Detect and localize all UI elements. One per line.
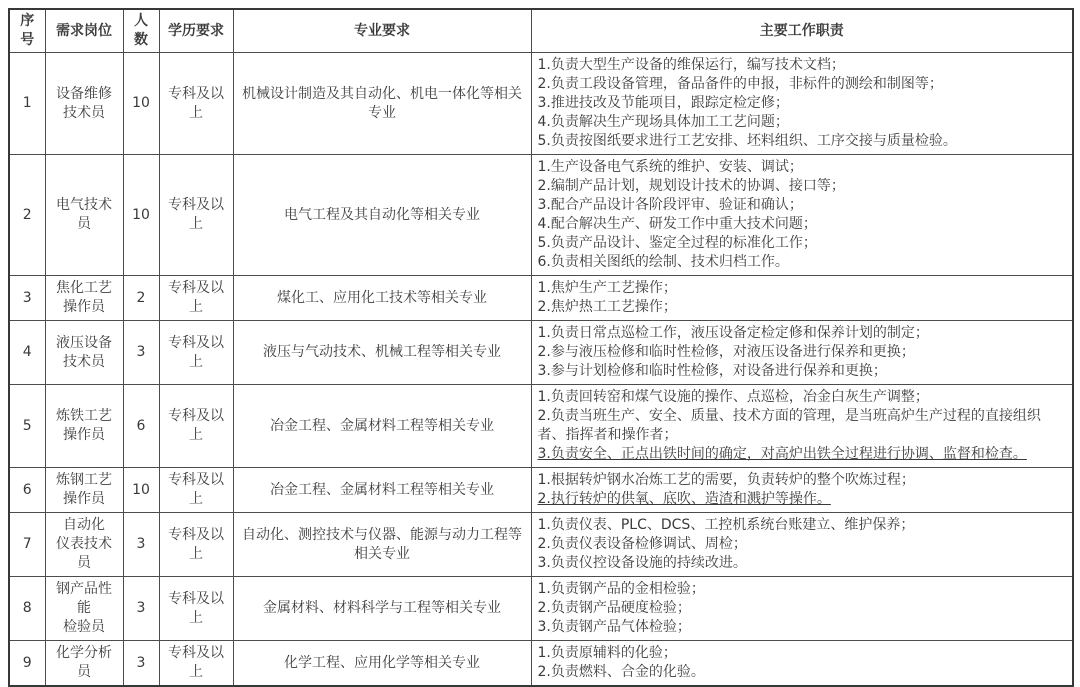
cell-education: 专科及以 上 [159,276,233,321]
column-header-position: 需求岗位 [45,9,123,53]
table-row: 8钢产品性 能 检验员3专科及以 上金属材料、材料科学与工程等相关专业1.负责钢… [9,577,1073,641]
cell-major: 液压与气动技术、机械工程等相关专业 [233,321,531,385]
cell-major: 自动化、测控技术与仪器、能源与动力工程等相关专业 [233,513,531,577]
table-row: 5炼铁工艺 操作员6专科及以 上冶金工程、金属材料工程等相关专业1.负责回转窑和… [9,385,1073,468]
duty-line: 2.焦炉热工工艺操作； [538,298,1069,317]
cell-major: 冶金工程、金属材料工程等相关专业 [233,468,531,513]
duty-line: 3.负责钢产品气体检验； [538,618,1069,637]
table-row: 1设备维修 技术员10专科及以 上机械设计制造及其自动化、机电一体化等相关专业1… [9,53,1073,155]
column-header-headcount: 人 数 [123,9,159,53]
cell-education: 专科及以 上 [159,468,233,513]
duty-line: 1.负责仪表、PLC、DCS、工控机系统台账建立、维护保养； [538,516,1069,535]
table-row: 3焦化工艺 操作员2专科及以 上煤化工、应用化工技术等相关专业1.焦炉生产工艺操… [9,276,1073,321]
duty-line: 5.负责按图纸要求进行工艺安排、坯料组织、工序交接与质量检验。 [538,132,1069,151]
cell-index: 3 [9,276,45,321]
cell-index: 6 [9,468,45,513]
cell-education: 专科及以 上 [159,385,233,468]
cell-duties: 1.负责仪表、PLC、DCS、工控机系统台账建立、维护保养；2.负责仪表设备检修… [531,513,1073,577]
cell-position: 钢产品性 能 检验员 [45,577,123,641]
cell-headcount: 10 [123,155,159,276]
cell-education: 专科及以 上 [159,577,233,641]
cell-education: 专科及以 上 [159,321,233,385]
duty-line: 2.负责燃料、合金的化验。 [538,663,1069,682]
duty-line: 6.负责相关图纸的绘制、技术归档工作。 [538,253,1069,272]
cell-headcount: 2 [123,276,159,321]
cell-duties: 1.负责回转窑和煤气设施的操作、点巡检，冶金白灰生产调整；2.负责当班生产、安全… [531,385,1073,468]
cell-major: 电气工程及其自动化等相关专业 [233,155,531,276]
cell-index: 1 [9,53,45,155]
cell-education: 专科及以 上 [159,155,233,276]
duty-line: 2.负责钢产品硬度检验； [538,599,1069,618]
duty-line: 4.负责解决生产现场具体加工工艺问题； [538,113,1069,132]
job-recruitment-table: 序 号需求岗位人 数学历要求专业要求主要工作职责 1设备维修 技术员10专科及以… [8,8,1074,687]
cell-index: 9 [9,641,45,687]
column-header-duties: 主要工作职责 [531,9,1073,53]
cell-index: 7 [9,513,45,577]
column-header-index: 序 号 [9,9,45,53]
cell-duties: 1.生产设备电气系统的维护、安装、调试；2.编制产品计划，规划设计技术的协调、接… [531,155,1073,276]
cell-education: 专科及以 上 [159,641,233,687]
duty-line: 2.负责仪表设备检修调试、周检； [538,535,1069,554]
duty-line: 5.负责产品设计、鉴定全过程的标准化工作； [538,234,1069,253]
cell-headcount: 6 [123,385,159,468]
table-row: 9化学分析 员3专科及以 上化学工程、应用化学等相关专业1.负责原辅料的化验；2… [9,641,1073,687]
duty-line: 2.负责当班生产、安全、质量、技术方面的管理，是当班高炉生产过程的直接组织者、指… [538,407,1069,445]
cell-major: 机械设计制造及其自动化、机电一体化等相关专业 [233,53,531,155]
duty-line: 2.编制产品计划，规划设计技术的协调、接口等； [538,177,1069,196]
duty-line: 3.负责安全、正点出铁时间的确定，对高炉出铁全过程进行协调、监督和检查。 [538,445,1069,464]
duty-line: 1.根据转炉钢水冶炼工艺的需要，负责转炉的整个吹炼过程； [538,471,1069,490]
header-row: 序 号需求岗位人 数学历要求专业要求主要工作职责 [9,9,1073,53]
duty-line: 1.负责日常点巡检工作，液压设备定检定修和保养计划的制定； [538,324,1069,343]
column-header-major: 专业要求 [233,9,531,53]
cell-position: 液压设备 技术员 [45,321,123,385]
duty-line: 1.焦炉生产工艺操作； [538,279,1069,298]
cell-index: 5 [9,385,45,468]
table-row: 7自动化 仪表技术 员3专科及以 上自动化、测控技术与仪器、能源与动力工程等相关… [9,513,1073,577]
cell-major: 化学工程、应用化学等相关专业 [233,641,531,687]
cell-position: 化学分析 员 [45,641,123,687]
cell-major: 冶金工程、金属材料工程等相关专业 [233,385,531,468]
duty-line: 3.推进技改及节能项目，跟踪定检定修； [538,94,1069,113]
cell-index: 8 [9,577,45,641]
cell-education: 专科及以 上 [159,513,233,577]
duty-line: 1.生产设备电气系统的维护、安装、调试； [538,158,1069,177]
cell-headcount: 3 [123,513,159,577]
cell-position: 焦化工艺 操作员 [45,276,123,321]
cell-position: 电气技术 员 [45,155,123,276]
cell-major: 金属材料、材料科学与工程等相关专业 [233,577,531,641]
duty-line: 1.负责回转窑和煤气设施的操作、点巡检，冶金白灰生产调整； [538,388,1069,407]
duty-line: 3.配合产品设计各阶段评审、验证和确认； [538,196,1069,215]
cell-duties: 1.负责原辅料的化验；2.负责燃料、合金的化验。 [531,641,1073,687]
cell-position: 炼钢工艺 操作员 [45,468,123,513]
cell-duties: 1.负责钢产品的金相检验；2.负责钢产品硬度检验；3.负责钢产品气体检验； [531,577,1073,641]
duty-line: 3.负责仪控设备设施的持续改进。 [538,554,1069,573]
recruitment-table-container: 序 号需求岗位人 数学历要求专业要求主要工作职责 1设备维修 技术员10专科及以… [8,8,1074,687]
cell-duties: 1.根据转炉钢水冶炼工艺的需要，负责转炉的整个吹炼过程；2.执行转炉的供氧、底吹… [531,468,1073,513]
cell-headcount: 10 [123,468,159,513]
cell-headcount: 3 [123,321,159,385]
duty-line: 1.负责大型生产设备的维保运行，编写技术文档； [538,56,1069,75]
cell-major: 煤化工、应用化工技术等相关专业 [233,276,531,321]
duty-line: 4.配合解决生产、研发工作中重大技术问题； [538,215,1069,234]
column-header-education: 学历要求 [159,9,233,53]
duty-line: 2.参与液压检修和临时性检修，对液压设备进行保养和更换； [538,343,1069,362]
cell-headcount: 3 [123,577,159,641]
table-row: 2电气技术 员10专科及以 上电气工程及其自动化等相关专业1.生产设备电气系统的… [9,155,1073,276]
cell-headcount: 10 [123,53,159,155]
duty-line: 2.执行转炉的供氧、底吹、造渣和溅护等操作。 [538,490,1069,509]
duty-line: 2.负责工段设备管理，备品备件的申报，非标件的测绘和制图等； [538,75,1069,94]
cell-duties: 1.焦炉生产工艺操作；2.焦炉热工工艺操作； [531,276,1073,321]
cell-position: 设备维修 技术员 [45,53,123,155]
cell-duties: 1.负责大型生产设备的维保运行，编写技术文档；2.负责工段设备管理，备品备件的申… [531,53,1073,155]
duty-line: 1.负责原辅料的化验； [538,644,1069,663]
table-row: 6炼钢工艺 操作员10专科及以 上冶金工程、金属材料工程等相关专业1.根据转炉钢… [9,468,1073,513]
cell-duties: 1.负责日常点巡检工作，液压设备定检定修和保养计划的制定；2.参与液压检修和临时… [531,321,1073,385]
duty-line: 1.负责钢产品的金相检验； [538,580,1069,599]
table-row: 4液压设备 技术员3专科及以 上液压与气动技术、机械工程等相关专业1.负责日常点… [9,321,1073,385]
cell-headcount: 3 [123,641,159,687]
cell-index: 4 [9,321,45,385]
duty-line: 3.参与计划检修和临时性检修，对设备进行保养和更换； [538,362,1069,381]
cell-education: 专科及以 上 [159,53,233,155]
cell-index: 2 [9,155,45,276]
cell-position: 自动化 仪表技术 员 [45,513,123,577]
cell-position: 炼铁工艺 操作员 [45,385,123,468]
